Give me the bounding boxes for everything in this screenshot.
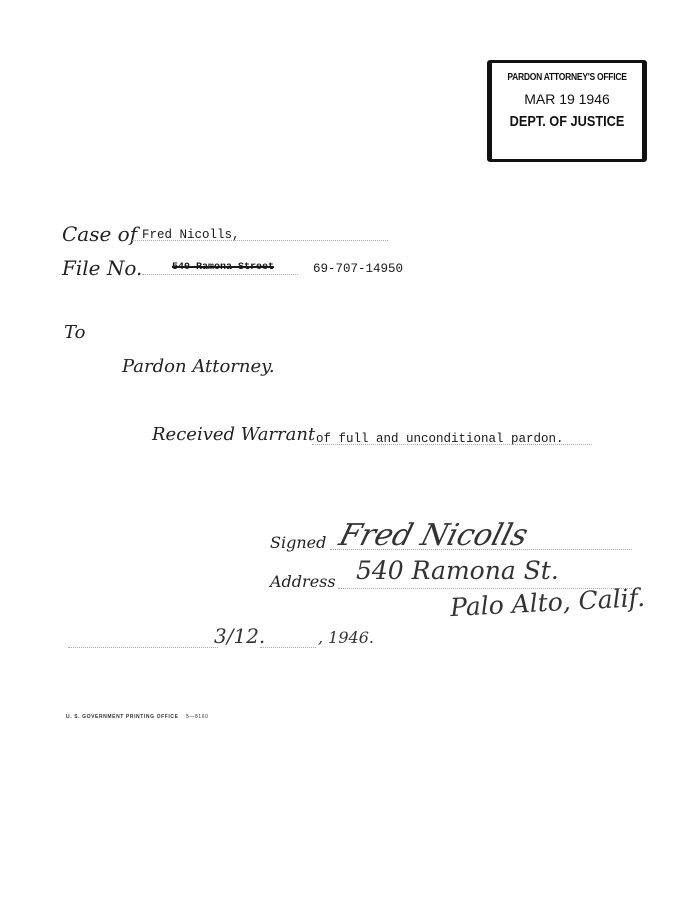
date-value: 3/12. [214,624,265,648]
form-code: 5—8160 [186,714,209,720]
file-struck-text: 540 Ramona Street [172,262,274,273]
date-dotted-line-2 [260,647,316,648]
case-label: Case of [62,222,137,246]
stamp-department: DEPT. OF JUSTICE [503,113,631,130]
to-label: To [64,322,85,343]
recipient: Pardon Attorney. [122,356,275,377]
file-number: 69-707-14950 [313,262,403,276]
stamp-date: MAR 19 1946 [492,91,642,107]
file-label: File No. [62,256,142,280]
address-label: Address [270,572,336,591]
file-dotted-line [142,274,298,275]
signature: Fred Nicolls [335,518,531,553]
case-value: Fred Nicolls, [142,228,240,242]
printer-imprint: U. S. GOVERNMENT PRINTING OFFICE [66,714,179,720]
received-value: of full and unconditional pardon. [316,432,564,446]
address-line1: 540 Ramona St. [356,556,559,585]
year: , 1946. [318,628,374,647]
received-stamp: PARDON ATTORNEY'S OFFICE MAR 19 1946 DEP… [487,60,647,162]
date-dotted-line [68,647,218,648]
received-label: Received Warrant [152,424,315,445]
stamp-office: PARDON ATTORNEY'S OFFICE [503,72,631,83]
signed-label: Signed [270,533,326,552]
